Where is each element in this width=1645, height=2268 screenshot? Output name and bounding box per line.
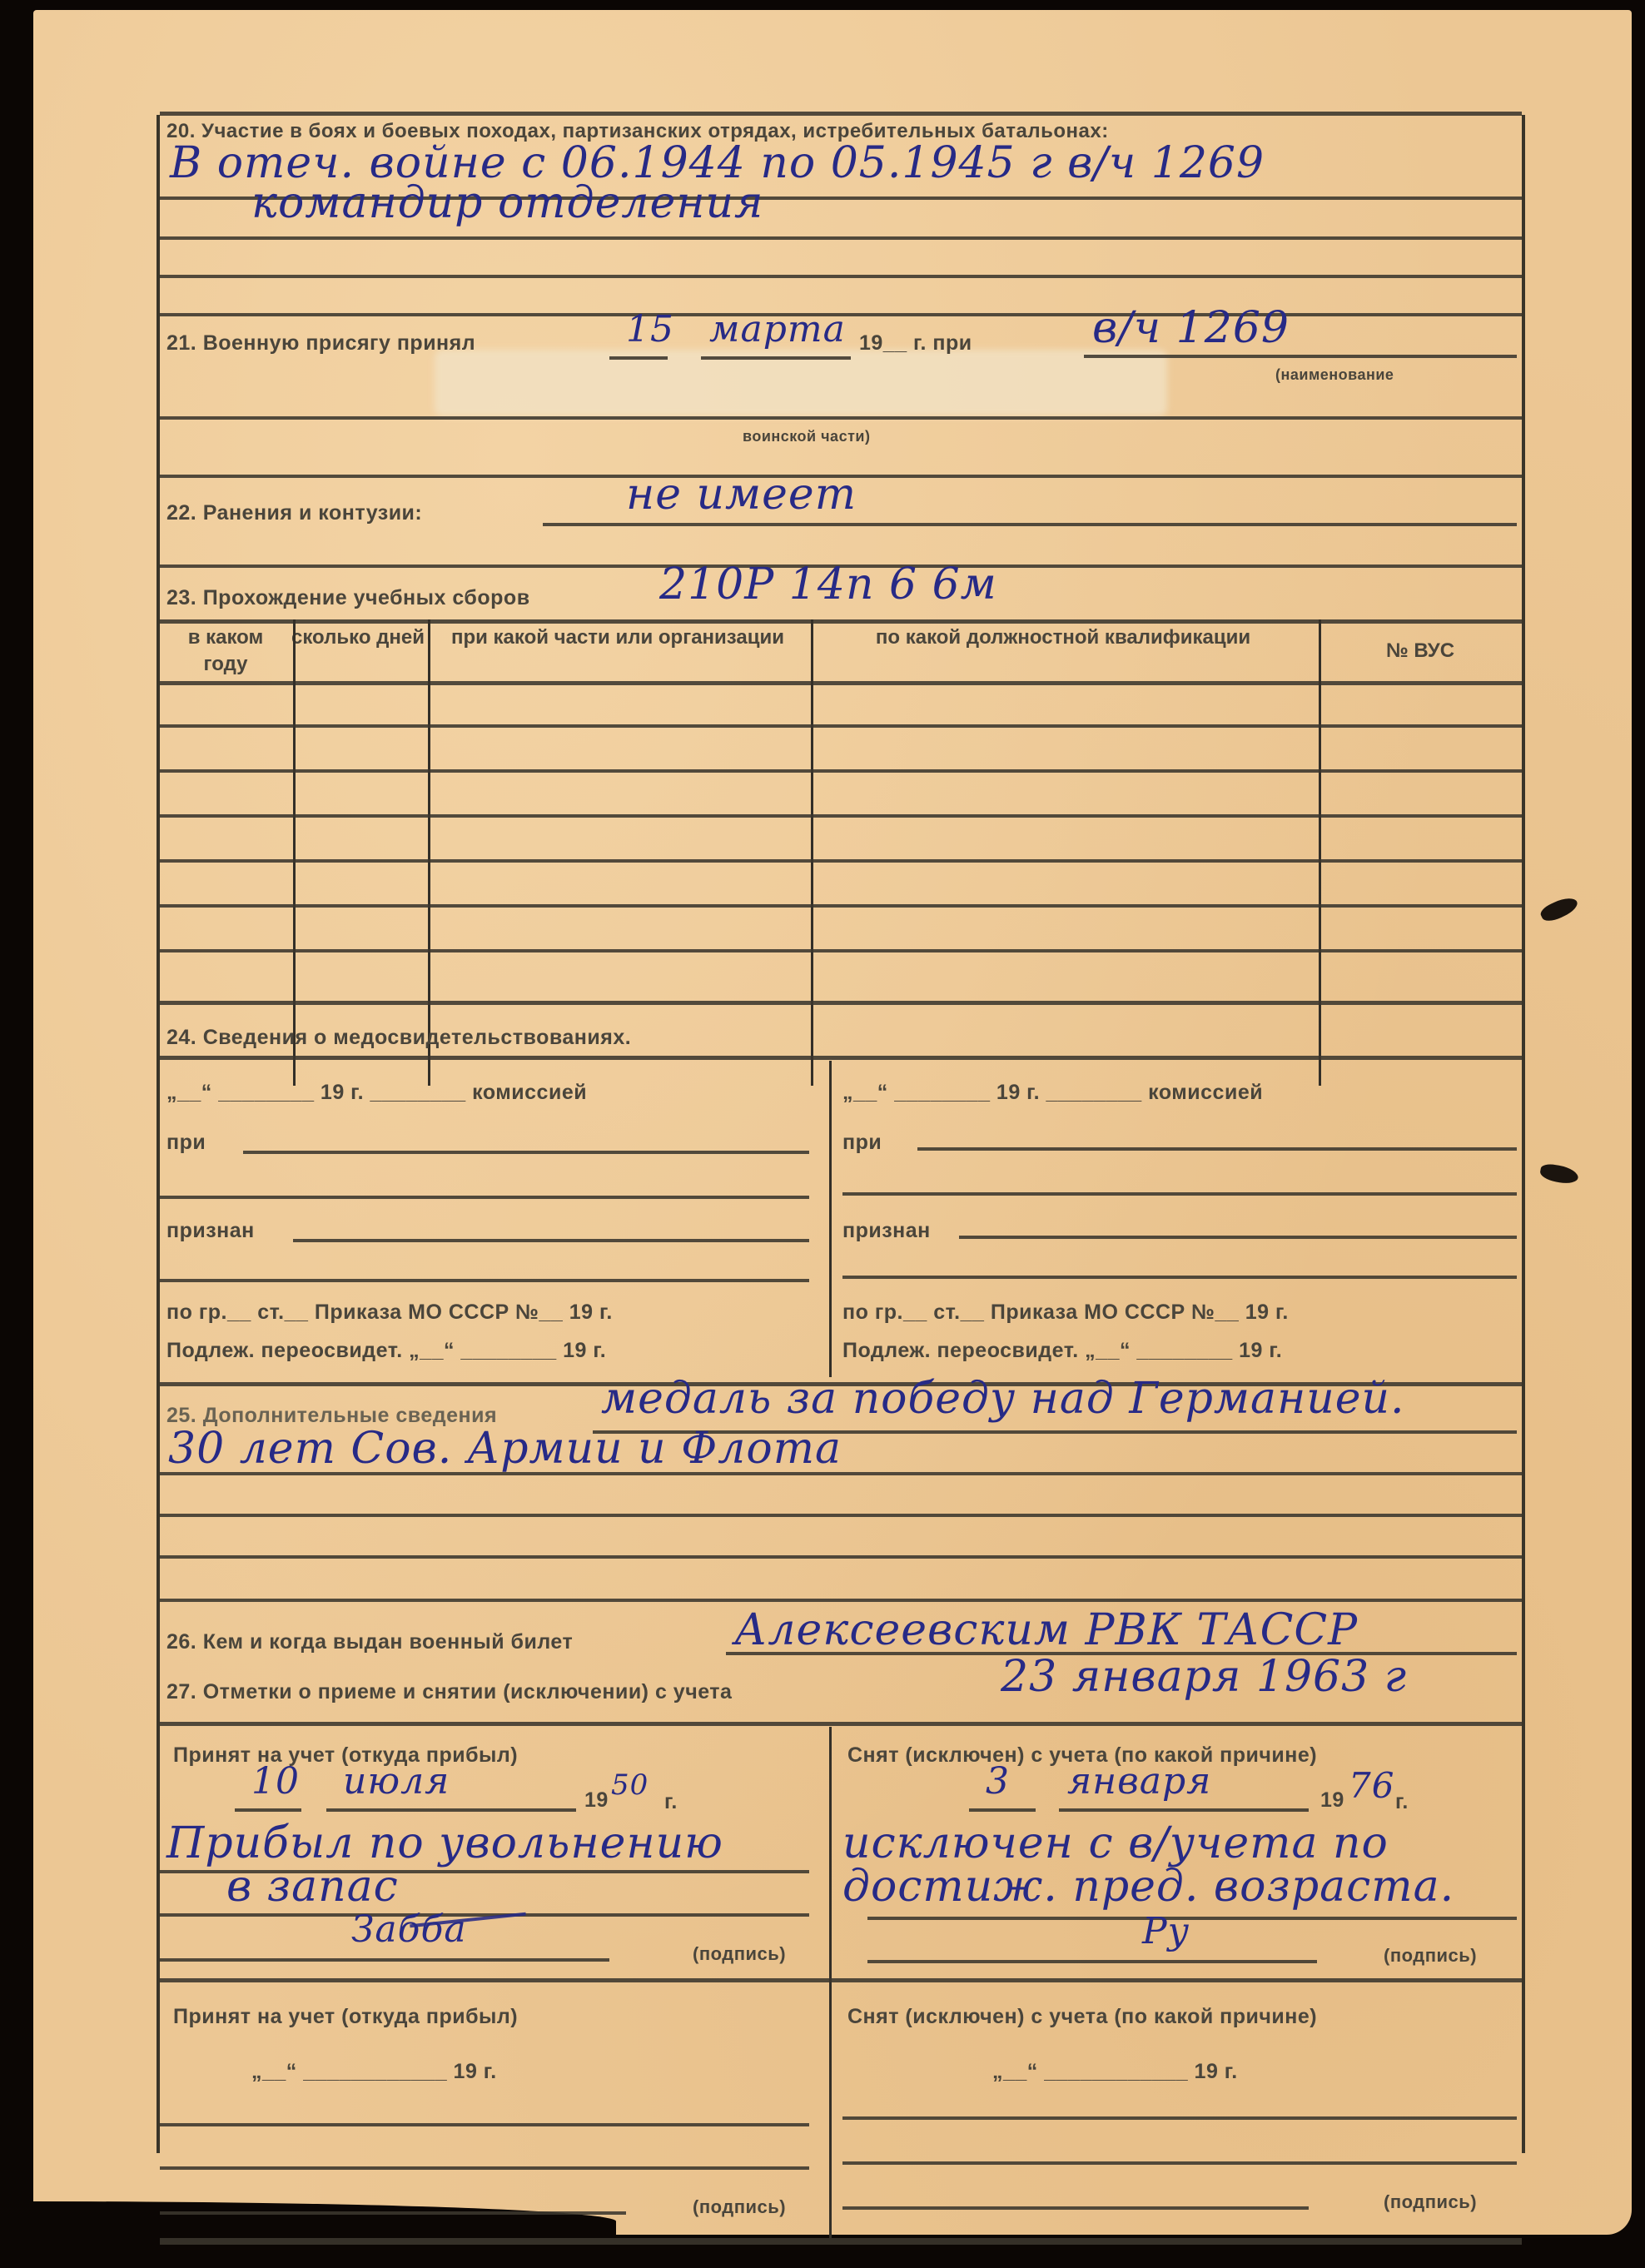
block2-note-2: достиж. пред. возраста. [842,1862,1454,1912]
item23-label: 23. Прохождение учебных сборов [166,586,530,610]
item21-caption-top: (наименование [1275,366,1394,384]
item27-label: 27. Отметки о приеме и снятии (исключени… [166,1680,732,1704]
block1-year-prefix: 19 [584,1788,609,1813]
table-row [160,769,1522,773]
item22-label: 22. Ранения и контузии: [166,501,422,525]
item25-handwritten-2: 30 лет Сов. Армии и Флота [168,1424,842,1474]
table-row [160,859,1522,863]
staple-hole-icon [1538,893,1580,925]
block3-date-line: „__“ ____________ 19 г. [251,2060,497,2084]
item25-handwritten-1: медаль за победу над Германией. [601,1374,1405,1424]
item22-value: не имеет [626,470,857,520]
item24-left-recheck: Подлеж. переосвидет. „__“ ________ 19 г. [166,1339,606,1363]
staple-hole-icon [1539,1162,1580,1186]
block4-date-line: „__“ ____________ 19 г. [992,2060,1238,2084]
block2-day: 3 [986,1760,1010,1803]
block4-signature-label: (подпись) [1384,2191,1477,2213]
block3-title: Принят на учет (откуда прибыл) [173,2005,518,2029]
item24-left-priznan: признан [166,1219,255,1243]
block2-year-end: г. [1395,1790,1409,1814]
item24-left-order: по гр.__ ст.__ Приказа МО СССР №__ 19 г. [166,1301,613,1325]
table-header-year: в каком году [163,624,288,678]
item21-unit: в/ч 1269 [1092,303,1290,353]
block1-note-2: в запас [226,1862,399,1912]
item21-caption-bottom: воинской части) [743,428,870,445]
item21-day: 15 [626,308,674,351]
table-header-vus: № ВУС [1322,638,1518,664]
table-header-unit: при какой части или организации [435,624,801,651]
item20-handwritten-2: командир отделения [251,178,763,228]
item27-value: 23 января 1963 г [1001,1652,1407,1702]
item21-year-label: 19__ г. при [859,331,972,356]
block1-note-1: Прибыл по увольнению [166,1818,723,1868]
item24-right-order: по гр.__ ст.__ Приказа МО СССР №__ 19 г. [842,1301,1289,1325]
item24-right-recheck: Подлеж. переосвидет. „__“ ________ 19 г. [842,1339,1282,1363]
block1-signature-label: (подпись) [693,1943,786,1965]
block1-signature: Забба [351,1908,467,1951]
block2-year-suffix: 76 [1349,1765,1394,1806]
block2-month: января [1067,1760,1211,1803]
block4-title: Снят (исключен) с учета (по какой причин… [847,2005,1317,2029]
block2-signature: Ру [1142,1910,1190,1952]
item26-label: 26. Кем и когда выдан военный билет [166,1630,573,1654]
block1-day: 10 [251,1760,300,1803]
block1-month: июля [343,1760,450,1803]
item24-right-pri: при [842,1131,882,1155]
table-header-days: сколько дней [291,624,425,651]
item24-right-priznan: признан [842,1219,931,1243]
item26-value: Алексеевским РВК ТАССР [734,1605,1358,1655]
block3-signature-label: (подпись) [693,2196,786,2218]
table-row [160,949,1522,952]
block2-note-1: исключен с в/учета по [842,1818,1389,1868]
item24-right-date-line: „__“ ________ 19 г. ________ комиссией [842,1081,1263,1105]
item24-left-pri: при [166,1131,206,1155]
table-row [160,724,1522,728]
table-header-qualification: по какой должностной квалификации [818,624,1309,651]
item21-label: 21. Военную присягу принял [166,331,475,356]
item21-month: марта [709,308,846,351]
block1-year-suffix: 50 [611,1768,649,1802]
block2-signature-label: (подпись) [1384,1945,1477,1967]
item24-left-date-line: „__“ ________ 19 г. ________ комиссией [166,1081,587,1105]
block1-year-end: г. [664,1790,678,1814]
erased-stamp [435,350,1167,416]
item23-value: 210Р 14п 6 6м [659,560,997,609]
item24-label: 24. Сведения о медосвидетельствованиях. [166,1026,631,1050]
block2-year-prefix: 19 [1320,1788,1344,1813]
form-frame: 20. Участие в боях и боевых походах, пар… [157,115,1525,2153]
table-row [160,814,1522,818]
table-row [160,904,1522,908]
